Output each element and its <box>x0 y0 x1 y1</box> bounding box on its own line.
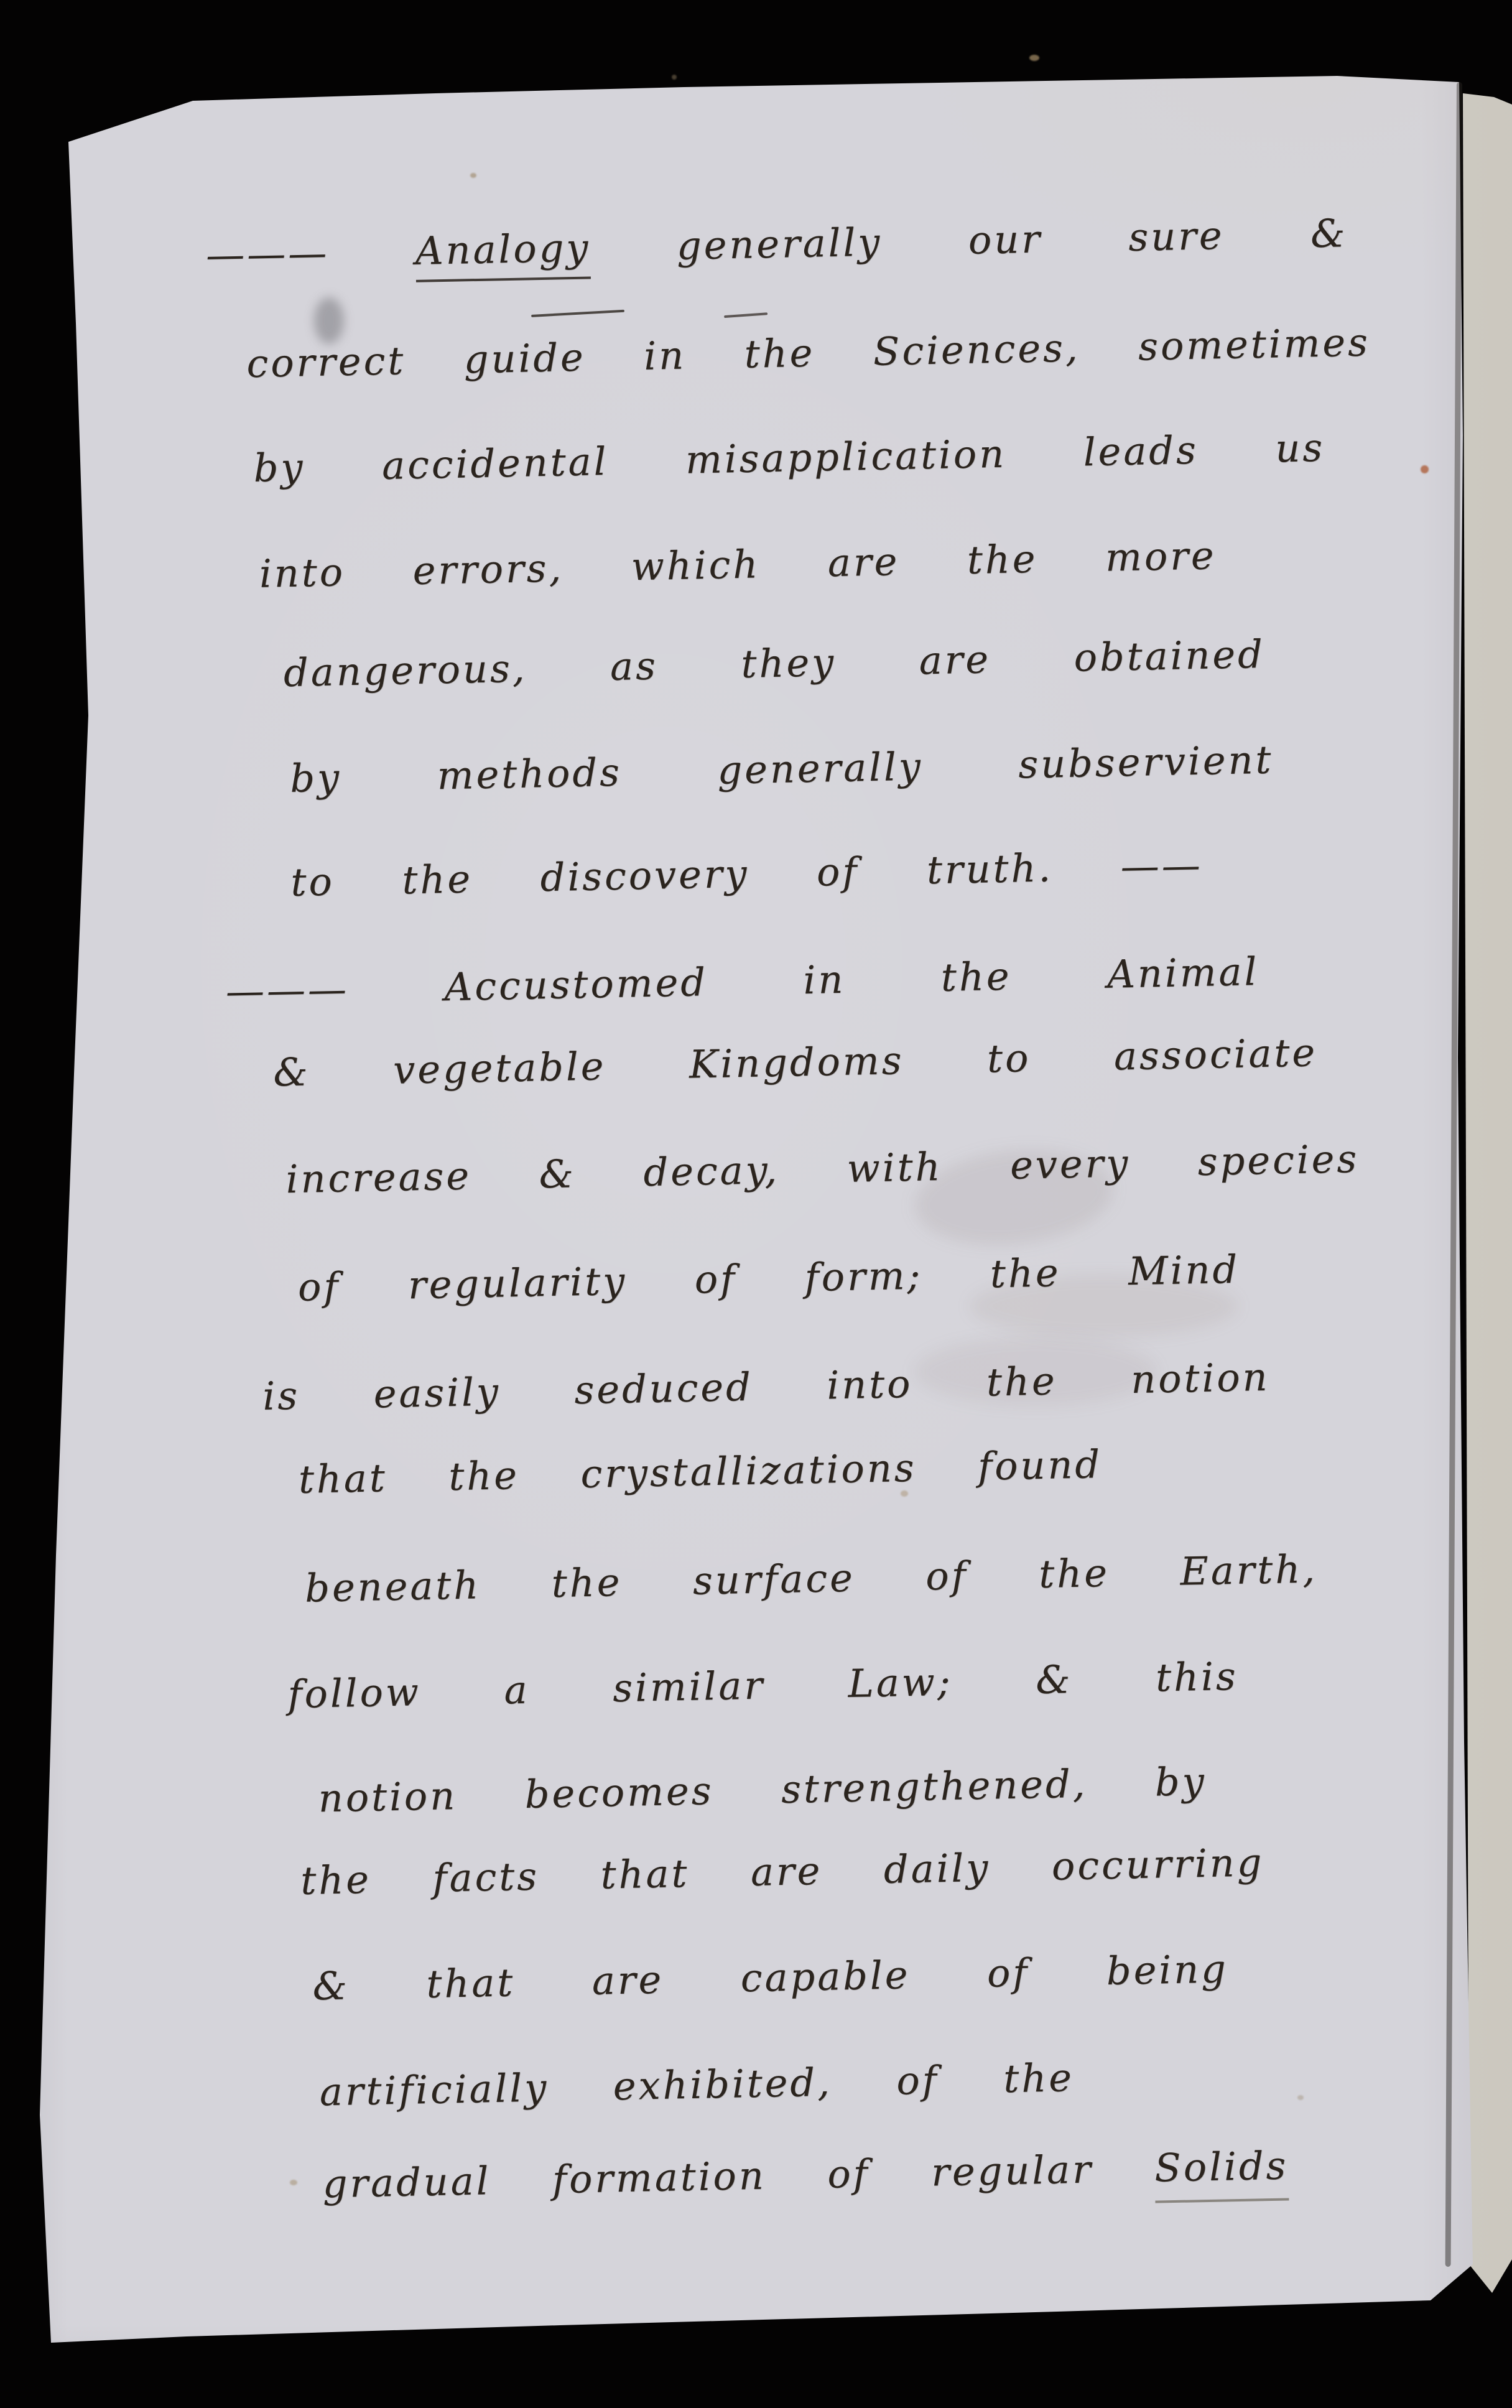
line-text-segment: artificially exhibited, of the <box>319 2055 1074 2114</box>
handwriting-line-12: is easily seduced into the notion <box>262 1354 1270 1419</box>
handwriting-line-18: & that are capable of being <box>312 1946 1229 2009</box>
handwriting-line-2: correct guide in the Sciences, sometimes <box>246 319 1371 386</box>
line-text-segment: ——— Accustomed in the Animal <box>225 949 1259 1014</box>
handwriting-line-15: follow a similar Law; & this <box>287 1653 1238 1717</box>
line-text-segment: by methods generally subservient <box>290 737 1274 801</box>
line-text-segment: dangerous, as they are obtained <box>283 631 1265 695</box>
handwriting-line-4: into errors, which are the more <box>259 532 1217 597</box>
line-text-segment-underlined: Solids <box>1154 2143 1289 2203</box>
handwriting-line-14: beneath the surface of the Earth, <box>305 1546 1318 1611</box>
handwriting-line-7: to the discovery of truth. —— <box>290 842 1204 905</box>
line-text-segment-underlined: Analogy <box>415 225 591 282</box>
line-text-segment: notion becomes strengthened, by <box>318 1759 1207 1821</box>
line-text-segment: correct guide in the Sciences, sometimes <box>246 319 1371 386</box>
handwriting-line-1: ——— Analogy generally our sure & <box>205 210 1348 277</box>
handwriting-line-6: by methods generally subservient <box>290 737 1274 801</box>
handwriting-line-19: artificially exhibited, of the <box>319 2055 1074 2114</box>
line-text-segment: & that are capable of being <box>312 1946 1229 2009</box>
line-text-segment: generally our sure & <box>590 210 1348 270</box>
handwriting-line-20: gradual formation of regular Solids <box>322 2143 1289 2207</box>
handwriting-line-9: & vegetable Kingdoms to associate <box>273 1030 1318 1095</box>
handwriting-line-11: of regularity of form; the Mind <box>297 1247 1240 1310</box>
handwriting-line-17: the facts that are daily occurring <box>300 1839 1264 1904</box>
ink-dash-mark <box>724 312 768 318</box>
ink-dash-mark <box>531 310 624 317</box>
line-text-segment: increase & decay, with every species <box>285 1136 1360 1202</box>
line-text-segment: ——— <box>205 228 415 277</box>
line-text-segment: gradual formation of regular <box>322 2145 1155 2207</box>
photo-background: ——— Analogy generally our sure & correct… <box>0 0 1512 2408</box>
handwriting-line-16: notion becomes strengthened, by <box>318 1759 1207 1821</box>
line-text-segment: is easily seduced into the notion <box>262 1354 1270 1419</box>
line-text-segment: beneath the surface of the Earth, <box>305 1546 1318 1611</box>
handwriting-layer: ——— Analogy generally our sure & correct… <box>0 0 1512 2408</box>
line-text-segment: follow a similar Law; & this <box>287 1653 1238 1717</box>
handwriting-line-10: increase & decay, with every species <box>285 1136 1360 1202</box>
line-text-segment: that the crystallizations found <box>298 1441 1102 1502</box>
line-text-segment: into errors, which are the more <box>259 532 1217 597</box>
handwriting-line-5: dangerous, as they are obtained <box>283 631 1265 695</box>
line-text-segment: by accidental misapplication leads us <box>253 425 1325 491</box>
handwriting-line-8: ——— Accustomed in the Animal <box>225 949 1259 1014</box>
line-text-segment: of regularity of form; the Mind <box>297 1247 1240 1310</box>
line-text-segment: to the discovery of truth. —— <box>290 842 1204 905</box>
handwriting-line-13: that the crystallizations found <box>298 1441 1102 1502</box>
line-text-segment: & vegetable Kingdoms to associate <box>273 1030 1318 1095</box>
line-text-segment: the facts that are daily occurring <box>300 1839 1264 1904</box>
handwriting-line-3: by accidental misapplication leads us <box>253 425 1325 491</box>
